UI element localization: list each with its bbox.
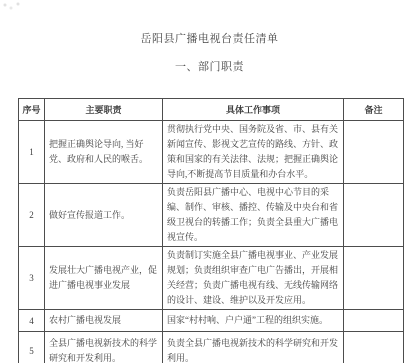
section-heading: 一、部门职责 <box>0 58 419 74</box>
cell-remarks <box>344 247 404 310</box>
table-row: 2 做好宣传报道工作。 负责岳阳县广播中心、电视中心节目的采编、制作、审核、播控… <box>19 184 404 247</box>
table-row: 3 发展壮大广播电视产业，促进广播电视事业发展 负责制订实施全县广播电视事业、产… <box>19 247 404 310</box>
cell-work-items: 国家“村村响、户户通”工程的组织实施。 <box>163 310 344 332</box>
cell-number: 4 <box>19 310 45 332</box>
duties-table: 序号 主要职责 具体工作事项 备注 1 把握正确舆论导向, 当好党、政府和人民的… <box>18 98 404 363</box>
cell-work-items: 负责全县广播电视新技术的科学研究和开发利用。 <box>163 332 344 363</box>
cell-remarks <box>344 332 404 363</box>
cell-remarks <box>344 121 404 184</box>
cell-number: 1 <box>19 121 45 184</box>
scan-artifact <box>1 1 23 13</box>
table-header-row: 序号 主要职责 具体工作事项 备注 <box>19 99 404 121</box>
document-title: 岳阳县广播电视台责任清单 <box>0 30 419 46</box>
cell-main-duty: 发展壮大广播电视产业，促进广播电视事业发展 <box>45 247 163 310</box>
col-header-work-items: 具体工作事项 <box>163 99 344 121</box>
cell-remarks <box>344 184 404 247</box>
table-row: 5 全县广播电视新技术的科学研究和开发利用。 负责全县广播电视新技术的科学研究和… <box>19 332 404 363</box>
table-row: 4 农村广播电视发展 国家“村村响、户户通”工程的组织实施。 <box>19 310 404 332</box>
cell-number: 2 <box>19 184 45 247</box>
document-page: 岳阳县广播电视台责任清单 一、部门职责 序号 主要职责 具体工作事项 备注 1 … <box>0 0 419 363</box>
cell-main-duty: 农村广播电视发展 <box>45 310 163 332</box>
col-header-number: 序号 <box>19 99 45 121</box>
table-row: 1 把握正确舆论导向, 当好党、政府和人民的喉舌。 贯彻执行党中央、国务院及省、… <box>19 121 404 184</box>
cell-main-duty: 把握正确舆论导向, 当好党、政府和人民的喉舌。 <box>45 121 163 184</box>
cell-number: 3 <box>19 247 45 310</box>
cell-main-duty: 做好宣传报道工作。 <box>45 184 163 247</box>
cell-work-items: 负责岳阳县广播中心、电视中心节目的采编、制作、审核、播控、传输及中央台和省级卫视… <box>163 184 344 247</box>
col-header-remarks: 备注 <box>344 99 404 121</box>
cell-main-duty: 全县广播电视新技术的科学研究和开发利用。 <box>45 332 163 363</box>
cell-number: 5 <box>19 332 45 363</box>
cell-work-items: 贯彻执行党中央、国务院及省、市、县有关新闻宣传、影视文艺宣传的路线、方针、政策和… <box>163 121 344 184</box>
cell-remarks <box>344 310 404 332</box>
cell-work-items: 负责制订实施全县广播电视事业、产业发展规划；负责组织审查广电广告播出，开展相关经… <box>163 247 344 310</box>
col-header-main-duty: 主要职责 <box>45 99 163 121</box>
